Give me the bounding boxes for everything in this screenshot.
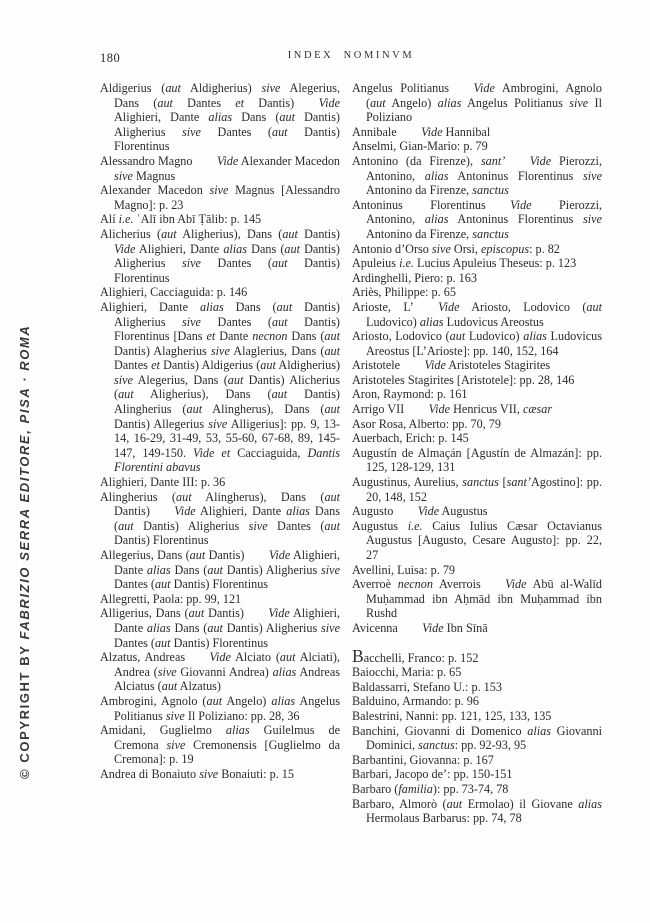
index-entry: Andrea di Bonaiuto sive Bonaiuti: p. 15 bbox=[100, 767, 340, 782]
index-entry: Antonio d’Orso sive Orsi, episcopus: p. … bbox=[352, 242, 602, 257]
index-column-left: Aldigerius (aut Aldigherius) sive Aleger… bbox=[100, 81, 340, 826]
index-entry: Aristotele Vide Aristoteles Stagirites bbox=[352, 358, 602, 373]
index-entry: Arrigo VII Vide Henricus VII, cæsar bbox=[352, 402, 602, 417]
copyright-prefix: © COPYRIGHT BY bbox=[17, 639, 32, 779]
index-entry: Ariosto, Lodovico (aut Ludovico) alias L… bbox=[352, 329, 602, 358]
index-entry: Apuleius i.e. Lucius Apuleius Theseus: p… bbox=[352, 256, 602, 271]
index-entry: Augustus i.e. Caius Iulius Cæsar Octavia… bbox=[352, 519, 602, 563]
index-entry: Augustín de Almaçán [Agustín de Almazán]… bbox=[352, 446, 602, 475]
index-entry: Balestrini, Nanni: pp. 121, 125, 133, 13… bbox=[352, 709, 602, 724]
page-header: 180 INDEX NOMINVM bbox=[100, 50, 602, 68]
index-entry: Banchini, Giovanni di Domenico alias Gio… bbox=[352, 724, 602, 753]
index-entry: Alighieri, Cacciaguida: p. 146 bbox=[100, 285, 340, 300]
index-entry: Avellini, Luisa: p. 79 bbox=[352, 563, 602, 578]
index-entry: Alighieri, Dante III: p. 36 bbox=[100, 475, 340, 490]
index-entry: Alexander Macedon sive Magnus [Alessandr… bbox=[100, 183, 340, 212]
section-initial-letter: B bbox=[352, 646, 364, 666]
index-entry: Averroè necnon Averrois Vide Abū al-Walī… bbox=[352, 577, 602, 621]
index-entry: Avicenna Vide Ibn Sīnā bbox=[352, 621, 602, 636]
index-entry: Angelus Politianus Vide Ambrogini, Agnol… bbox=[352, 81, 602, 125]
index-entry: Alí i.e. ʿAlī ibn Abī Ṭālib: p. 145 bbox=[100, 212, 340, 227]
index-entry: Baiocchi, Maria: p. 65 bbox=[352, 665, 602, 680]
index-column-right: Angelus Politianus Vide Ambrogini, Agnol… bbox=[352, 81, 602, 826]
book-page: © COPYRIGHT BY FABRIZIO SERRA EDITORE, P… bbox=[0, 0, 650, 923]
index-entry: Baldassarri, Stefano U.: p. 153 bbox=[352, 680, 602, 695]
index-entry: Barbari, Jacopo de’: pp. 150-151 bbox=[352, 767, 602, 782]
index-entry: Barbaro, Almorò (aut Ermolao) il Giovane… bbox=[352, 797, 602, 826]
copyright-sidebar-text: © COPYRIGHT BY FABRIZIO SERRA EDITORE, P… bbox=[17, 157, 32, 779]
index-entry: Barbantini, Giovanna: p. 167 bbox=[352, 753, 602, 768]
index-entry: Allegerius, Dans (aut Dantis) Vide Aligh… bbox=[100, 548, 340, 592]
index-entry: Amidani, Guglielmo alias Guilelmus de Cr… bbox=[100, 723, 340, 767]
index-entry: Augusto Vide Augustus bbox=[352, 504, 602, 519]
index-entry: Alzatus, Andreas Vide Alciato (aut Alcia… bbox=[100, 650, 340, 694]
index-entry: Antonino (da Firenze), sant’ Vide Pieroz… bbox=[352, 154, 602, 198]
index-entry: Aristoteles Stagirites [Aristotele]: pp.… bbox=[352, 373, 602, 388]
index-entry: Bacchelli, Franco: p. 152 bbox=[352, 650, 602, 666]
index-entry: Ariès, Philippe: p. 65 bbox=[352, 285, 602, 300]
index-entry: Alessandro Magno Vide Alexander Macedon … bbox=[100, 154, 340, 183]
copyright-publisher: FABRIZIO SERRA EDITORE, PISA · ROMA bbox=[17, 325, 32, 640]
index-entry: Arioste, L’ Vide Ariosto, Lodovico (aut … bbox=[352, 300, 602, 329]
index-entry: Auerbach, Erich: p. 145 bbox=[352, 431, 602, 446]
index-entry: Asor Rosa, Alberto: pp. 70, 79 bbox=[352, 417, 602, 432]
index-entry: Ambrogini, Agnolo (aut Angelo) alias Ang… bbox=[100, 694, 340, 723]
index-columns: Aldigerius (aut Aldigherius) sive Aleger… bbox=[100, 81, 602, 826]
running-head-title: INDEX NOMINVM bbox=[100, 50, 602, 61]
page-number: 180 bbox=[100, 51, 120, 66]
index-entry: Aldigerius (aut Aldigherius) sive Aleger… bbox=[100, 81, 340, 154]
index-entry: Augustinus, Aurelius, sanctus [sant’Agos… bbox=[352, 475, 602, 504]
index-entry: Alligerius, Dans (aut Dantis) Vide Aligh… bbox=[100, 606, 340, 650]
index-entry: Balduino, Armando: p. 96 bbox=[352, 694, 602, 709]
index-entry: Aron, Raymond: p. 161 bbox=[352, 387, 602, 402]
index-entry: Alingherius (aut Alingherus), Dans (aut … bbox=[100, 490, 340, 548]
index-entry: Alicherius (aut Aligherius), Dans (aut D… bbox=[100, 227, 340, 285]
index-entry: Alighieri, Dante alias Dans (aut Dantis)… bbox=[100, 300, 340, 475]
index-entry: Annibale Vide Hannibal bbox=[352, 125, 602, 140]
index-entry: Anselmi, Gian-Mario: p. 79 bbox=[352, 139, 602, 154]
index-entry: Ardinghelli, Piero: p. 163 bbox=[352, 271, 602, 286]
index-entry: Barbaro (familia): pp. 73-74, 78 bbox=[352, 782, 602, 797]
index-entry: Allegretti, Paola: pp. 99, 121 bbox=[100, 592, 340, 607]
index-entry: Antoninus Florentinus Vide Pierozzi, Ant… bbox=[352, 198, 602, 242]
